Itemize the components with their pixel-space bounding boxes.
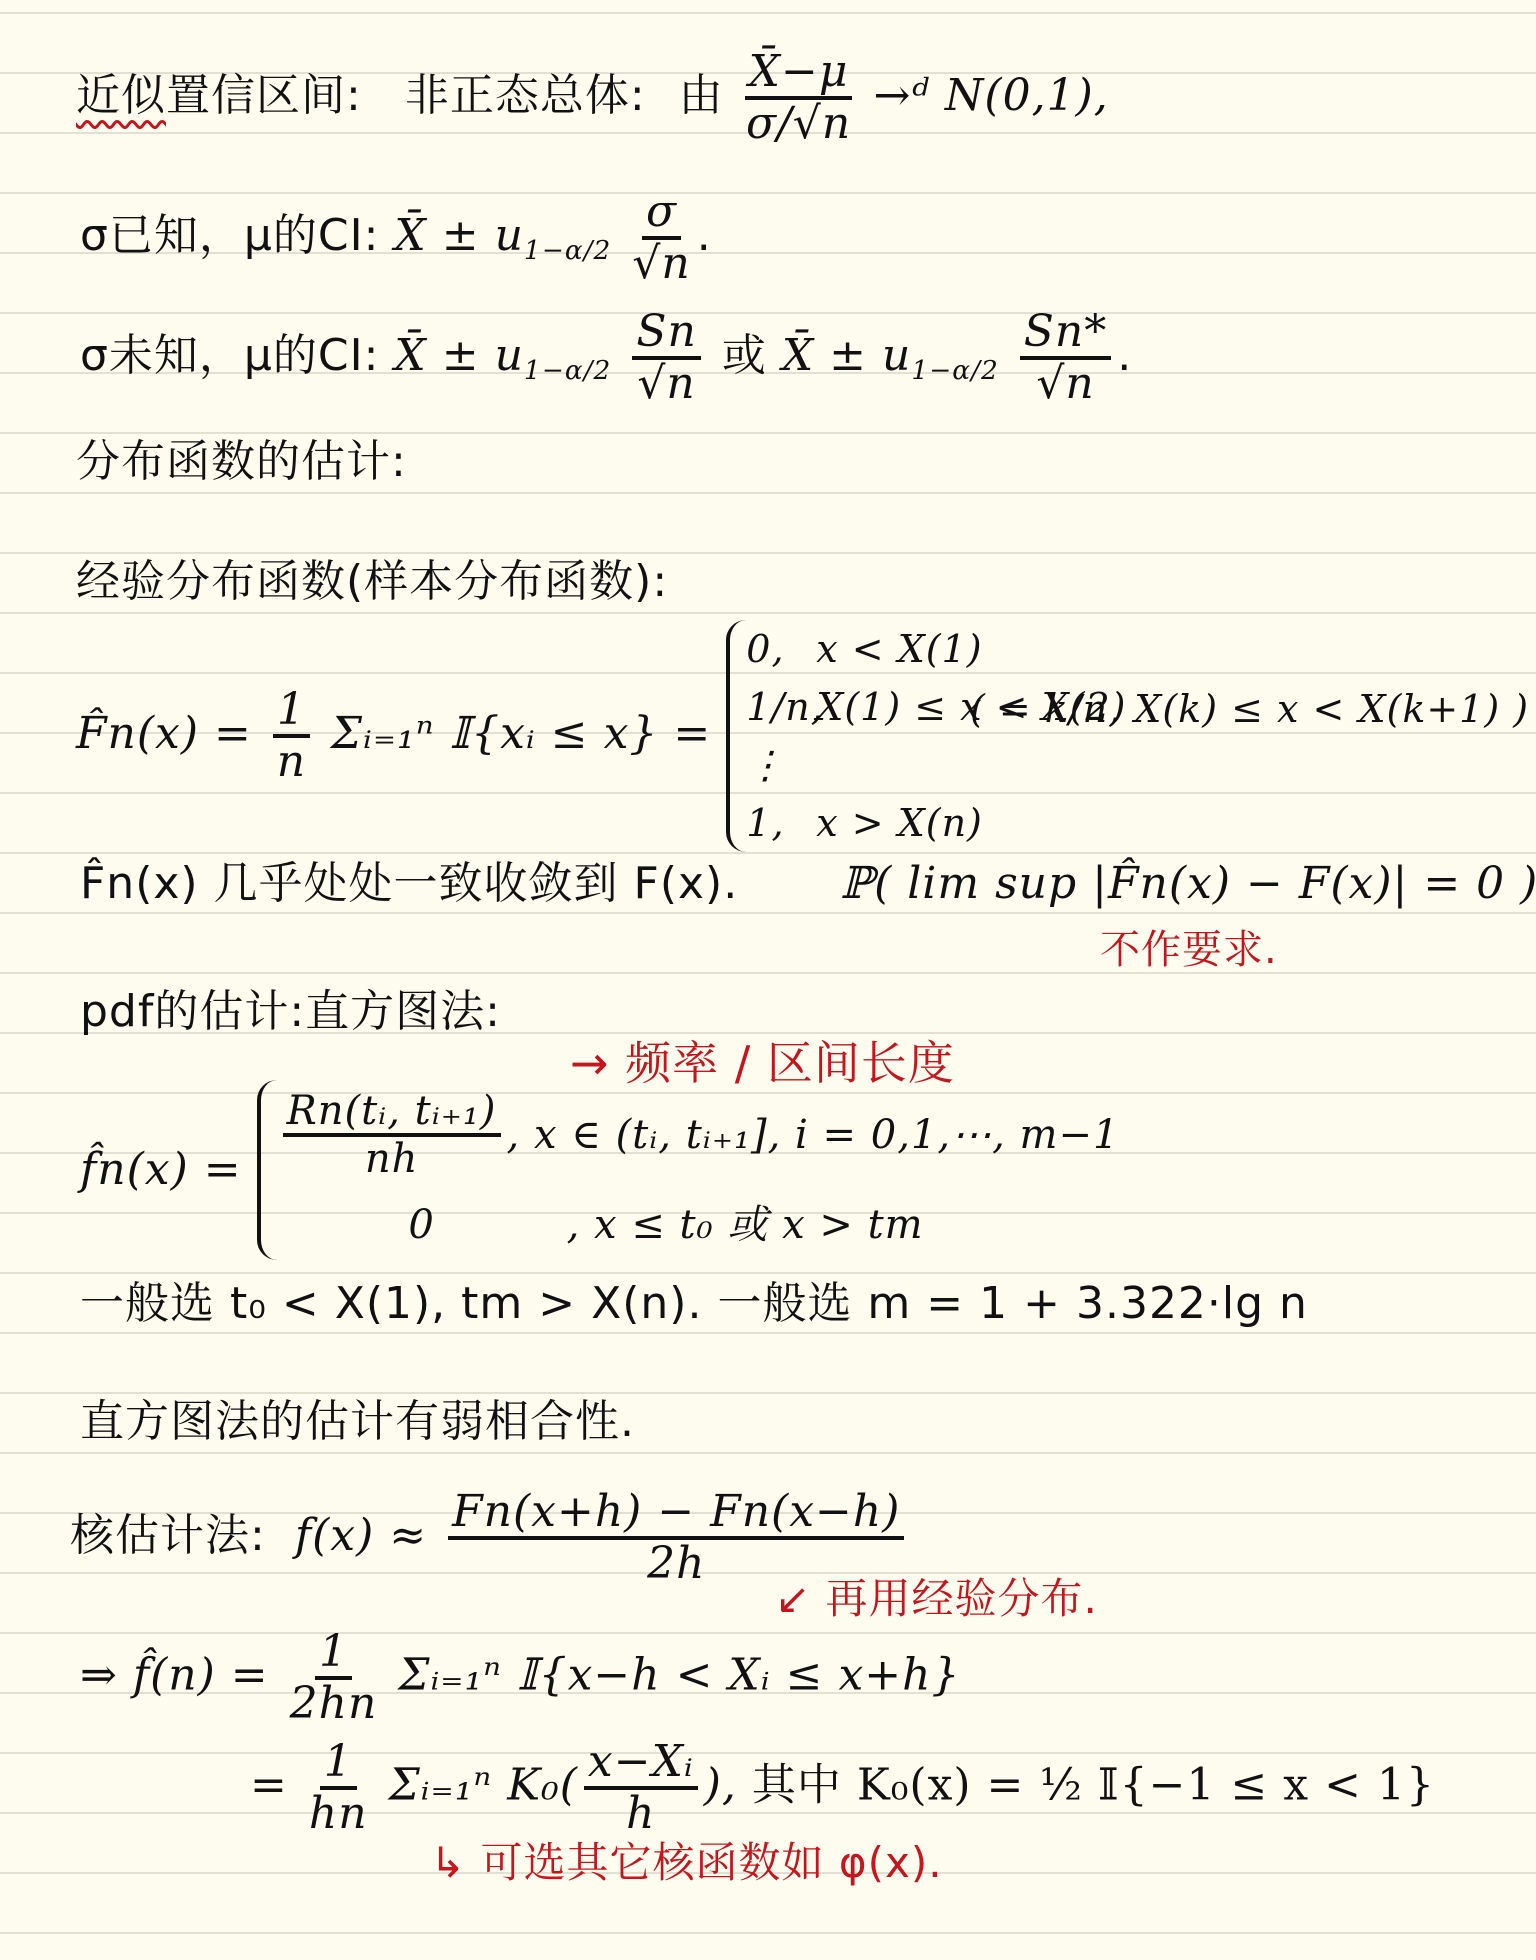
empirical-cdf-heading: 经验分布函数(样本分布函数): (76, 560, 668, 604)
empirical-again-note: ↙ 再用经验分布. (775, 1578, 1098, 1620)
one-over-n: 1 n (273, 688, 310, 784)
convergence-line: F̂n(x) 几乎处处一致收敛到 F(x). (80, 862, 738, 906)
ci-heading-line: 近似置信区间: 非正态总体: 由 X̄−μ σ/√n →ᵈ N(0,1), (76, 50, 1109, 146)
sigma-known-label: σ已知，μ的CI: (80, 210, 379, 261)
kernel-step1: ⇒ f̂(n) = 1 2hn Σᵢ₌₁ⁿ 𝕀{x−h < Xᵢ ≤ x+h} (80, 1630, 960, 1726)
case-row: 0,x < X(1) (746, 620, 1126, 678)
cdf-heading: 分布函数的估计: (76, 440, 407, 484)
ci-title: 置信区间: (166, 70, 362, 121)
convergence-text: F̂n(x) 几乎处处一致收敛到 F(x). (80, 858, 738, 909)
clt-fraction: X̄−μ σ/√n (745, 50, 853, 146)
kernel-heading: 核估计法: (70, 1510, 266, 1561)
histogram-cases: Rn(tᵢ, tᵢ₊₁) nh , x ∈ (tᵢ, tᵢ₊₁], i = 0,… (257, 1080, 1120, 1260)
kernel-step2: = 1 hn Σᵢ₌₁ⁿ K₀( x−Xᵢ h ), 其中 K₀(x) = ½ … (250, 1740, 1435, 1836)
glivenko-cantelli: ℙ( lim sup |F̂n(x) − F(x)| = 0 ) = 1. (840, 862, 1536, 906)
sigma-over-sqrt-n: σ √n (632, 190, 690, 286)
sn-star-over-sqrt-n: Sn* √n (1020, 310, 1111, 406)
nonnormal-label: 非正态总体: (405, 70, 646, 121)
not-required-note: 不作要求. (1100, 930, 1278, 970)
case-row: 1,x > X(n) (746, 794, 1126, 852)
ci-title-emphasis: 近似 (76, 70, 166, 121)
convergence-arrow: →ᵈ (873, 70, 929, 121)
case-row: ⋮ (746, 736, 1126, 794)
case-row: 0 , x ≤ t₀ 或 x > tm (277, 1190, 1120, 1260)
sigma-unknown-line: σ未知，μ的CI: X̄ ± u1−α/2 Sn √n 或 X̄ ± u1−α/… (80, 310, 1132, 406)
sn-over-sqrt-n: Sn √n (632, 310, 700, 406)
empirical-cdf-definition: F̂n(x) = 1 n Σᵢ₌₁ⁿ 𝕀{xᵢ ≤ x} = 0,x < X(1… (76, 620, 1126, 852)
weak-consistency-line: 直方图法的估计有弱相合性. (80, 1400, 635, 1444)
case-row: Rn(tᵢ, tᵢ₊₁) nh , x ∈ (tᵢ, tᵢ₊₁], i = 0,… (277, 1080, 1120, 1190)
bin-choice-line: 一般选 t₀ < X(1), tm > X(n). 一般选 m = 1 + 3.… (80, 1282, 1308, 1326)
sigma-unknown-label: σ未知，μ的CI: (80, 330, 379, 381)
pdf-histogram-heading: pdf的估计:直方图法: (80, 990, 501, 1034)
by-label: 由 (679, 70, 724, 121)
kernel-heading-line: 核估计法: f(x) ≈ Fn(x+h) − Fn(x−h) 2h (70, 1490, 910, 1586)
or-label: 或 (722, 330, 767, 381)
difference-quotient: Fn(x+h) − Fn(x−h) 2h (448, 1490, 904, 1586)
other-kernels-note: ↳ 可选其它核函数如 φ(x). (430, 1842, 943, 1884)
histogram-definition: f̂n(x) = Rn(tᵢ, tᵢ₊₁) nh , x ∈ (tᵢ, tᵢ₊₁… (80, 1080, 1119, 1260)
sigma-known-line: σ已知，μ的CI: X̄ ± u1−α/2 σ √n . (80, 190, 712, 286)
normal-limit: N(0,1), (945, 70, 1109, 121)
piecewise-cases: 0,x < X(1) 1/n,X(1) ≤ x < X(2) ⋮ 1,x > X… (726, 620, 1126, 852)
general-case-note: ( = k/n, X(k) ≤ x < X(k+1) ) (970, 690, 1529, 728)
